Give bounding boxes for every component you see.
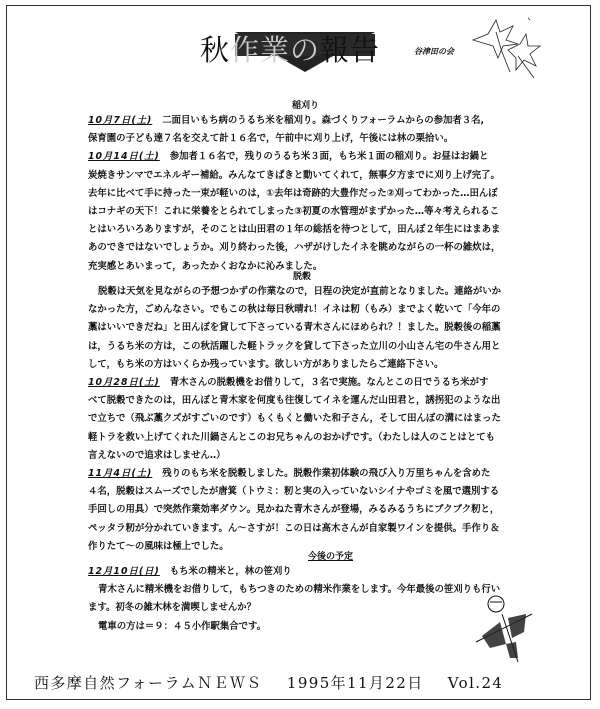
- entry-line: 言えないので追求はしません‥）: [88, 447, 573, 465]
- entry-line: 藁はいいできだね」と田んぼを貸して下さっている青木さんにほめられ？！ました。脱穀…: [88, 319, 573, 337]
- entry-line: 11月4日(土)残りのもち米を脱穀しました。脱穀作業初体験の飛び入り万里ちゃんを…: [88, 465, 573, 483]
- entry-line: 脱穀は天気を見ながらの予想つかずの作業なので，日程の決定が直前となりました。連絡…: [88, 283, 573, 301]
- entry-line: 10月28日(土)青木さんの脱穀機をお借りして，３名で実施。なんとこの日でうるち…: [88, 374, 573, 392]
- entry-line: 去年に比べて手に持った一束が軽いのは，①去年は奇跡的大豊作だった②刈ってわかった…: [88, 185, 573, 203]
- volume-number: Vol.24: [448, 674, 504, 692]
- footer: 西多摩自然フォーラムＮＥＷＳ 1995年11月22日 Vol.24: [34, 672, 521, 693]
- entry-line: して，もち米の方はいくらか残っています。欲しい方がありましたらご連絡下さい。: [88, 356, 573, 374]
- entry-line: は，うるち米の方は，この秋活躍した軽トラックを貸して下さった立川の小山さん宅の牛…: [88, 338, 573, 356]
- entry-date: 10月14日(土): [88, 151, 160, 162]
- entry-date: 11月4日(土): [88, 468, 152, 479]
- entry-line: とはいろいろありますが，そのことは山田君の１年の総括を待つとして，田んぼ２年生に…: [88, 221, 573, 239]
- section-heading-threshing: 脱穀: [293, 269, 311, 282]
- entry-line: はコナギの天下！これに栄養をとられてしまった③初夏の水管理がまずかった…等々考え…: [88, 203, 573, 221]
- entry-line: 充実感とあいまって，あったかくおなかに沁みました。: [88, 258, 573, 276]
- entry-line: なかった方，ごめんなさい。でもこの秋は毎日秋晴れ！イネは籾（もみ）までよく乾いて…: [88, 301, 573, 319]
- title-left: 秋: [200, 33, 230, 67]
- entry-line: あのできではないでしょうか。刈り終わった後，ハザがけしたイネを眺めながらの一杯の…: [88, 239, 573, 257]
- entry-line: 手回しの用具）で突然作業効率ダウン。見かねた青木さんが登場，みるみるうちにブクブ…: [88, 501, 573, 519]
- scarecrow-icon: [472, 592, 542, 662]
- section-rice-harvest: 10月7日(土)二面目いもち病のうるち米を稲刈り。森づくりフォーラムからの参加者…: [88, 112, 573, 276]
- entry-date: 10月7日(土): [88, 115, 152, 126]
- section-heading-rice-harvest: 稲刈り: [292, 98, 319, 111]
- entry-line: ペッタラ籾が分かれていきます。ん〜さすが！この日は高木さんが自家製ワインを提供。…: [88, 520, 573, 538]
- entry-line: で立ちで（飛ぶ藁クズがすごいのです）もくもくと働いた和子さん，そして田んぼの溝に…: [88, 410, 573, 428]
- entry-line: 10月7日(土)二面目いもち病のうるち米を稲刈り。森づくりフォーラムからの参加者…: [88, 112, 573, 130]
- entry-line: 炭焼きサンマでエネルギー補給。みんなてきぱきと動いてくれて，無事夕方までに刈り上…: [88, 167, 573, 185]
- section-heading-upcoming: 今後の予定: [308, 549, 353, 562]
- entry-line: 10月14日(土)参加者１６名で，残りのうるち米３面，もち米１面の稲刈り。お昼は…: [88, 148, 573, 166]
- entry-date: 12月10日(日): [88, 566, 160, 577]
- entry-line: ４名，脱穀はスムーズでしたが唐箕（トウミ：籾と実の入っていないシイナやゴミを風で…: [88, 483, 573, 501]
- entry-date: 10月28日(土): [88, 377, 160, 388]
- entry-line: べて脱穀できたのは，田んぼと青木家を何度も往復してイネを運んだ山田君と，誘拐犯の…: [88, 392, 573, 410]
- organization-name: 谷津田の会: [414, 46, 454, 57]
- publication-name: 西多摩自然フォーラムＮＥＷＳ: [34, 674, 263, 692]
- title-text: 秋作業の報告: [200, 30, 380, 70]
- issue-date: 1995年11月22日: [287, 674, 424, 692]
- section-threshing: 脱穀は天気を見ながらの予想つかずの作業なので，日程の決定が直前となりました。連絡…: [88, 283, 573, 556]
- title-right: 報告: [320, 33, 380, 67]
- maple-leaves-icon: [458, 12, 568, 82]
- entry-line: 軽トラを救い上げてくれた川鍋さんとこのお兄ちゃんのおかげです。（わたしは人のこと…: [88, 429, 573, 447]
- entry-line: 保育園の子ども達７名を交えて計１６名で，午前中に刈り上げ，午後には林の栗拾い。: [88, 130, 573, 148]
- entry-line: 12月10日(日)もち米の精米と，林の笹刈り: [88, 563, 573, 581]
- title-mid: 作業の: [230, 33, 320, 67]
- page-title: 秋作業の報告: [200, 30, 420, 70]
